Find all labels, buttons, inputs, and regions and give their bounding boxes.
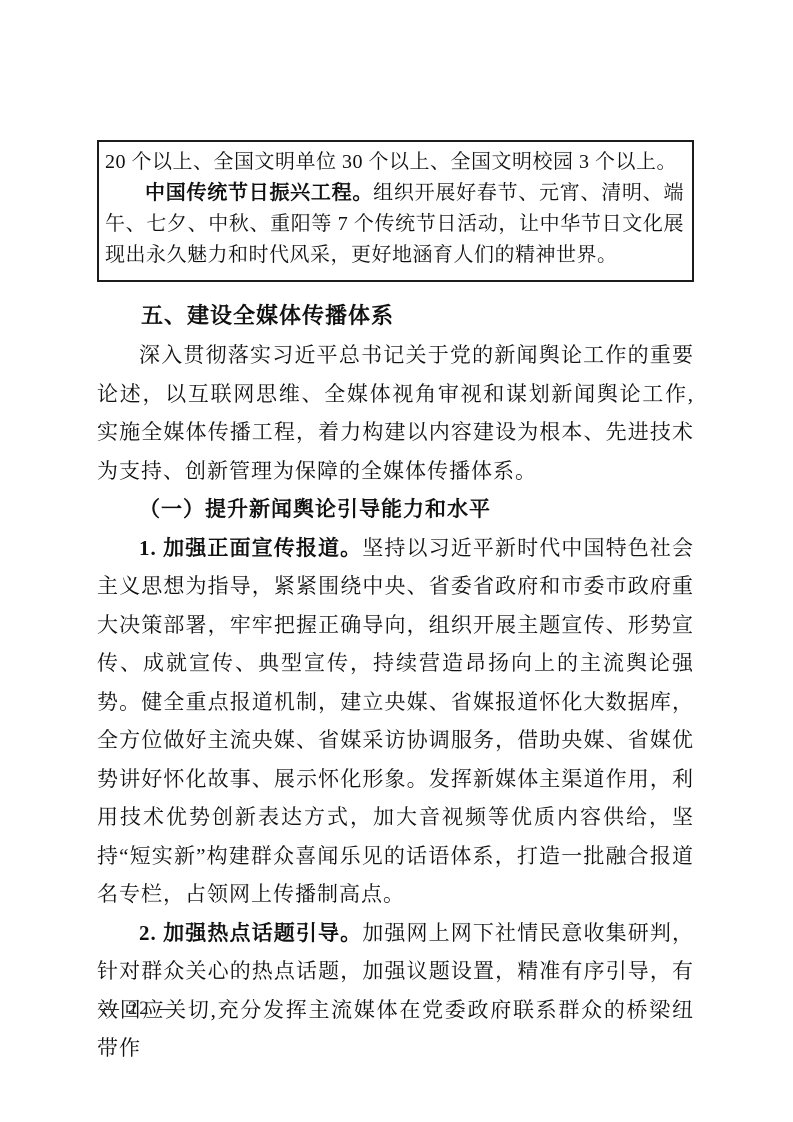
highlight-box: 20 个以上、全国文明单位 30 个以上、全国文明校园 3 个以上。 中国传统节… [97, 140, 694, 282]
section-intro-paragraph: 深入贯彻落实习近平总书记关于党的新闻舆论工作的重要论述，以互联网思维、全媒体视角… [97, 336, 694, 490]
box-continuation-line: 20 个以上、全国文明单位 30 个以上、全国文明校园 3 个以上。 [105, 147, 684, 178]
subsection-heading: （一）提升新闻舆论引导能力和水平 [97, 490, 694, 529]
numbered-item-1-lead: 1. 加强正面宣传报道。 [139, 536, 362, 560]
document-content: 20 个以上、全国文明单位 30 个以上、全国文明校园 3 个以上。 中国传统节… [97, 140, 694, 1068]
numbered-item-2-lead: 2. 加强热点话题引导。 [139, 921, 362, 945]
numbered-item-2: 2. 加强热点话题引导。加强网上网下社情民意收集研判，针对群众关心的热点话题，加… [97, 914, 694, 1068]
box-paragraph: 中国传统节日振兴工程。组织开展好春节、元宵、清明、端午、七夕、中秋、重阳等 7 … [105, 178, 684, 271]
section-heading: 五、建设全媒体传播体系 [97, 296, 694, 336]
document-page: 20 个以上、全国文明单位 30 个以上、全国文明校园 3 个以上。 中国传统节… [0, 0, 793, 1122]
numbered-item-1-text: 坚持以习近平新时代中国特色社会主义思想为指导，紧紧围绕中央、省委省政府和市委市政… [97, 536, 694, 907]
page-number: — 22 — [100, 998, 179, 1020]
numbered-item-1: 1. 加强正面宣传报道。坚持以习近平新时代中国特色社会主义思想为指导，紧紧围绕中… [97, 529, 694, 914]
box-paragraph-lead: 中国传统节日振兴工程。 [145, 182, 373, 204]
